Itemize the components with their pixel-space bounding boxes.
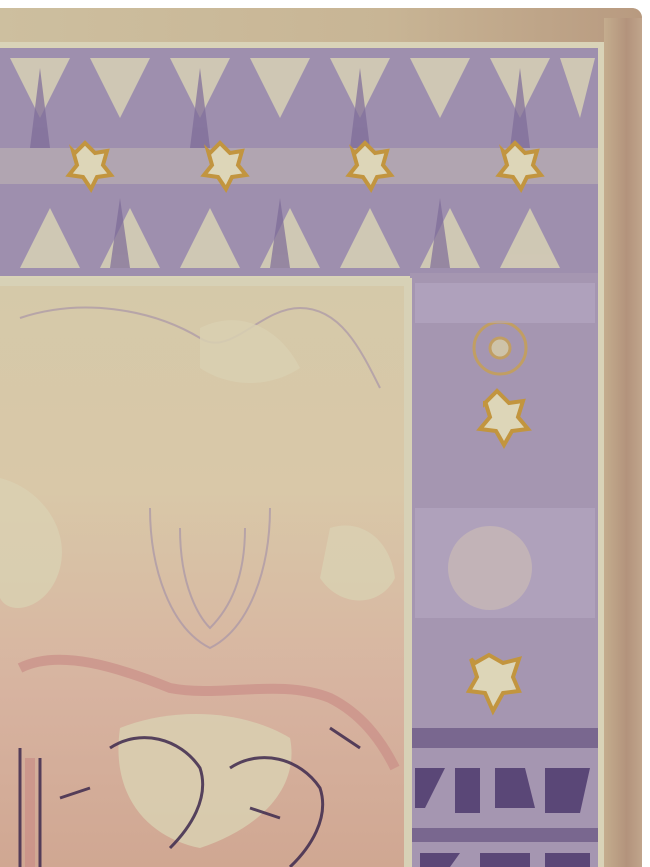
rug-photo bbox=[0, 8, 642, 867]
border-pattern bbox=[0, 8, 642, 867]
